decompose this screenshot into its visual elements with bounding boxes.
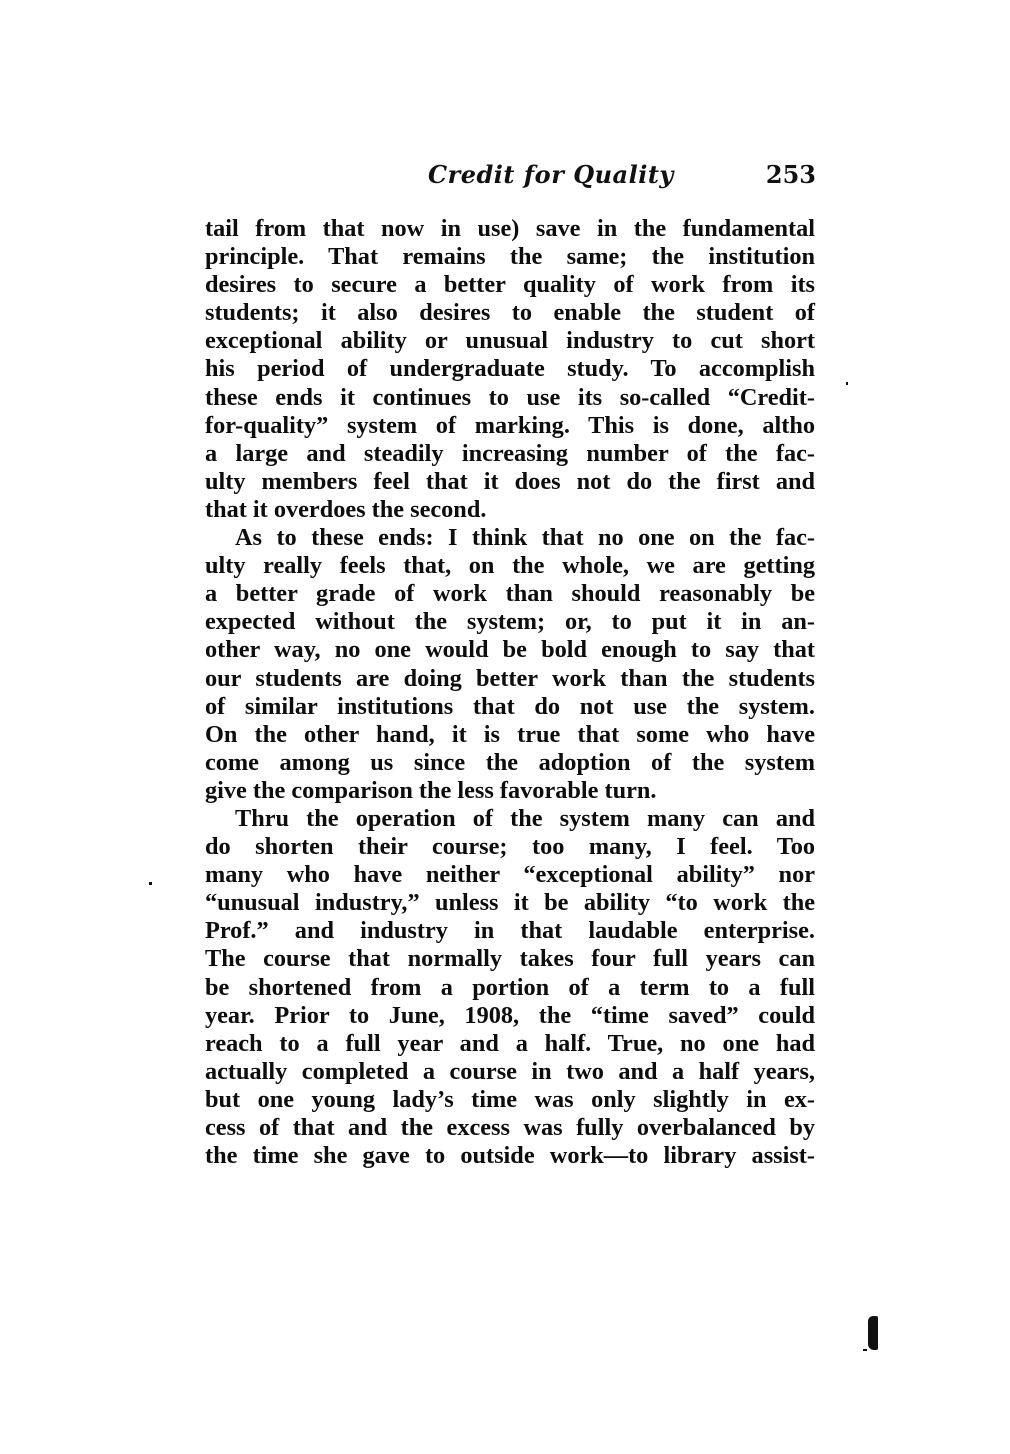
scan-speck	[863, 1349, 867, 1351]
text-line: As to these ends: I think that no one on…	[205, 524, 815, 552]
text-line: that it overdoes the second.	[205, 496, 815, 524]
text-line: “unusual industry,” unless it be ability…	[205, 889, 815, 917]
scan-speck	[149, 882, 152, 885]
running-title: Credit for Quality	[428, 160, 674, 189]
text-line: for-quality” system of marking. This is …	[205, 412, 815, 440]
paragraph-1: tail from that now in use) save in the f…	[205, 215, 815, 524]
scan-speck	[846, 382, 848, 385]
text-line: expected without the system; or, to put …	[205, 608, 815, 636]
text-line: his period of undergraduate study. To ac…	[205, 355, 815, 383]
text-line: principle. That remains the same; the in…	[205, 243, 815, 271]
text-line: year. Prior to June, 1908, the “time sav…	[205, 1002, 815, 1030]
text-line: our students are doing better work than …	[205, 665, 815, 693]
text-line: reach to a full year and a half. True, n…	[205, 1030, 815, 1058]
text-line: these ends it continues to use its so-ca…	[205, 384, 815, 412]
page-number: 253	[766, 160, 816, 189]
text-line: but one young lady’s time was only sligh…	[205, 1086, 815, 1114]
text-line: come among us since the adoption of the …	[205, 749, 815, 777]
text-line: desires to secure a better quality of wo…	[205, 271, 815, 299]
running-head: Credit for Quality 253	[200, 160, 816, 194]
text-line: do shorten their course; too many, I fee…	[205, 833, 815, 861]
text-line: a better grade of work than should reaso…	[205, 580, 815, 608]
text-line: actually completed a course in two and a…	[205, 1058, 815, 1086]
text-line: Thru the operation of the system many ca…	[205, 805, 815, 833]
text-line: give the comparison the less favorable t…	[205, 777, 815, 805]
book-page: Credit for Quality 253 tail from that no…	[0, 0, 1010, 1454]
paragraph-2: As to these ends: I think that no one on…	[205, 524, 815, 805]
text-line: On the other hand, it is true that some …	[205, 721, 815, 749]
text-line: ulty members feel that it does not do th…	[205, 468, 815, 496]
text-line: ulty really feels that, on the whole, we…	[205, 552, 815, 580]
text-line: students; it also desires to enable the …	[205, 299, 815, 327]
text-line: be shortened from a portion of a term to…	[205, 974, 815, 1002]
text-line: a large and steadily increasing number o…	[205, 440, 815, 468]
text-line: tail from that now in use) save in the f…	[205, 215, 815, 243]
paragraph-3: Thru the operation of the system many ca…	[205, 805, 815, 1170]
body-text: tail from that now in use) save in the f…	[205, 215, 815, 1170]
text-line: Prof.” and industry in that laudable ent…	[205, 917, 815, 945]
text-line: the time she gave to outside work—to lib…	[205, 1142, 815, 1170]
scan-edge-blot	[868, 1316, 878, 1350]
text-line: of similar institutions that do not use …	[205, 693, 815, 721]
text-line: The course that normally takes four full…	[205, 945, 815, 973]
text-line: many who have neither “exceptional abili…	[205, 861, 815, 889]
text-line: exceptional ability or unusual industry …	[205, 327, 815, 355]
text-line: other way, no one would be bold enough t…	[205, 636, 815, 664]
text-line: cess of that and the excess was fully ov…	[205, 1114, 815, 1142]
